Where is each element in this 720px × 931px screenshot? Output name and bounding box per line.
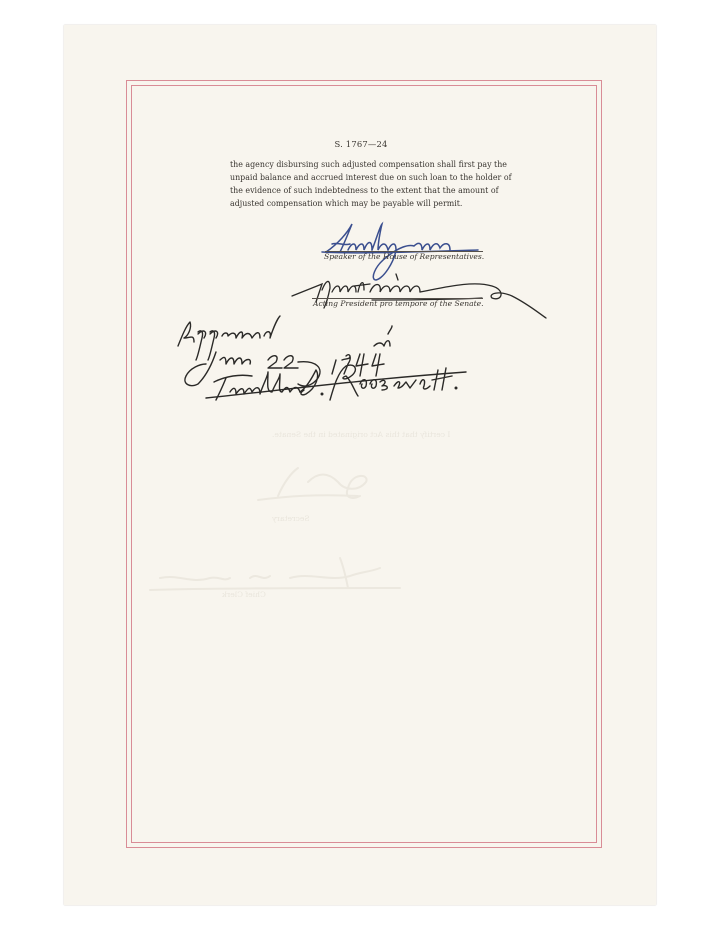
presidential-approval-handwriting [176, 316, 466, 406]
speaker-caption: Speaker of the House of Representatives. [324, 252, 484, 261]
bleed-through-secretary: Secretary [272, 514, 310, 523]
body-line: the agency disbursing such adjusted comp… [230, 158, 493, 171]
bleed-through-clerk: Chief Clerk [222, 590, 266, 599]
body-line: unpaid balance and accrued interest due … [230, 171, 493, 184]
body-line: the evidence of such indebtedness to the… [230, 184, 493, 197]
bleed-through-clerk-signature [150, 548, 410, 598]
senate-caption: Acting President pro tempore of the Sena… [313, 299, 484, 308]
bleed-through-certification: I certify that this Act originated in th… [272, 430, 450, 439]
body-line: adjusted compensation which may be payab… [230, 197, 493, 210]
bleed-through-secretary-signature [248, 462, 388, 512]
bill-body-text: the agency disbursing such adjusted comp… [230, 158, 493, 210]
bill-number: S. 1767—24 [230, 139, 492, 149]
